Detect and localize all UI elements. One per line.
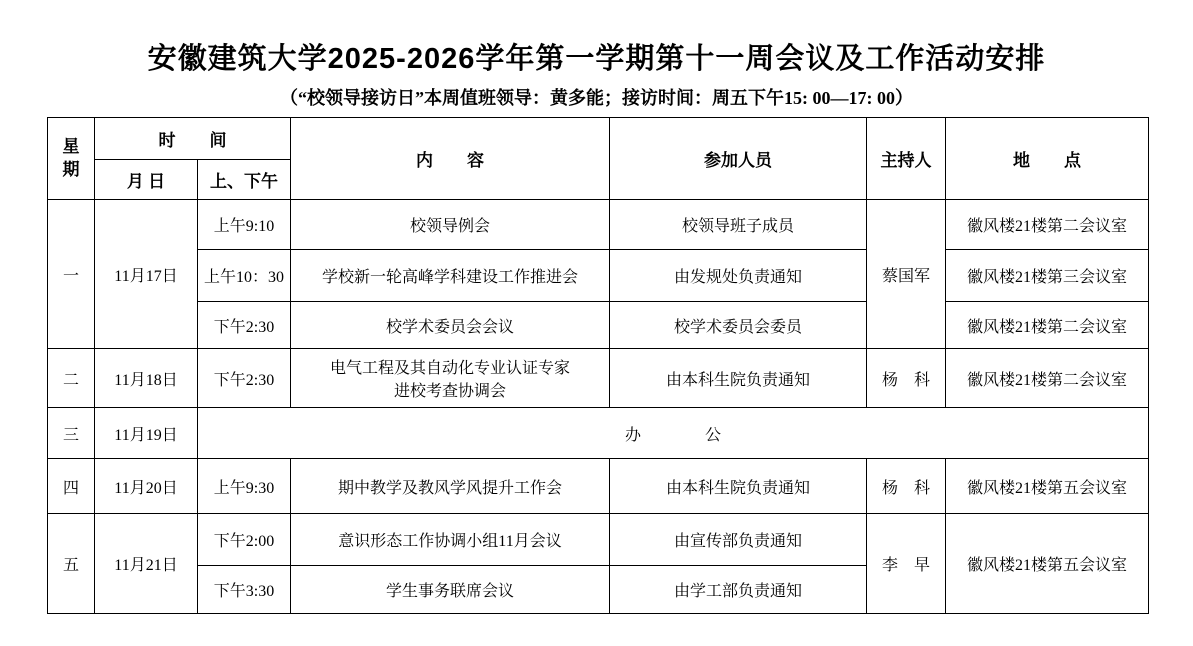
table-row: 一 11月17日 上午9:10 校领导例会 校领导班子成员 蔡国军 徽风楼21楼…	[48, 200, 1149, 250]
fri-item1-content: 意识形态工作协调小组11月会议	[291, 514, 610, 566]
fri-weekday: 五	[48, 514, 95, 614]
fri-item2-time: 下午3:30	[198, 566, 291, 614]
mon-item2-participants: 由发规处负责通知	[610, 250, 867, 302]
schedule-table: 星期 时 间 内 容 参加人员 主持人 地 点 月 日 上、下午 一 11月17…	[47, 117, 1149, 614]
mon-item3-participants: 校学术委员会委员	[610, 302, 867, 349]
mon-item2-time: 上午10：30	[198, 250, 291, 302]
thu-location: 徽风楼21楼第五会议室	[946, 459, 1149, 514]
mon-item1-location: 徽风楼21楼第二会议室	[946, 200, 1149, 250]
tue-location: 徽风楼21楼第二会议室	[946, 349, 1149, 408]
thu-participants: 由本科生院负责通知	[610, 459, 867, 514]
table-row: 三 11月19日 办 公	[48, 408, 1149, 459]
header-host: 主持人	[867, 118, 946, 200]
fri-item1-participants: 由宣传部负责通知	[610, 514, 867, 566]
wed-weekday: 三	[48, 408, 95, 459]
mon-date: 11月17日	[95, 200, 198, 349]
table-row: 二 11月18日 下午2:30 电气工程及其自动化专业认证专家 进校考查协调会 …	[48, 349, 1149, 408]
header-participants: 参加人员	[610, 118, 867, 200]
thu-weekday: 四	[48, 459, 95, 514]
header-am-pm: 上、下午	[198, 160, 291, 200]
mon-item3-location: 徽风楼21楼第二会议室	[946, 302, 1149, 349]
thu-host: 杨 科	[867, 459, 946, 514]
header-content: 内 容	[291, 118, 610, 200]
tue-weekday: 二	[48, 349, 95, 408]
fri-item2-participants: 由学工部负责通知	[610, 566, 867, 614]
header-month-day: 月 日	[95, 160, 198, 200]
mon-item2-location: 徽风楼21楼第三会议室	[946, 250, 1149, 302]
mon-item2-content: 学校新一轮高峰学科建设工作推进会	[291, 250, 610, 302]
thu-date: 11月20日	[95, 459, 198, 514]
page-title: 安徽建筑大学2025-2026学年第一学期第十一周会议及工作活动安排	[0, 36, 1193, 77]
mon-item3-time: 下午2:30	[198, 302, 291, 349]
table-row: 五 11月21日 下午2:00 意识形态工作协调小组11月会议 由宣传部负责通知…	[48, 514, 1149, 566]
wed-date: 11月19日	[95, 408, 198, 459]
table-row: 上午10：30 学校新一轮高峰学科建设工作推进会 由发规处负责通知 徽风楼21楼…	[48, 250, 1149, 302]
mon-item1-time: 上午9:10	[198, 200, 291, 250]
mon-item1-participants: 校领导班子成员	[610, 200, 867, 250]
page-subtitle: （“校领导接访日”本周值班领导：黄多能；接访时间：周五下午15: 00—17: …	[0, 84, 1193, 110]
mon-item1-content: 校领导例会	[291, 200, 610, 250]
tue-participants: 由本科生院负责通知	[610, 349, 867, 408]
fri-item1-time: 下午2:00	[198, 514, 291, 566]
header-time: 时 间	[95, 118, 291, 160]
wed-merged-content: 办 公	[198, 408, 1149, 459]
header-location: 地 点	[946, 118, 1149, 200]
mon-host: 蔡国军	[867, 200, 946, 349]
thu-time: 上午9:30	[198, 459, 291, 514]
fri-host: 李 早	[867, 514, 946, 614]
thu-content: 期中教学及教风学风提升工作会	[291, 459, 610, 514]
header-weekday-label: 星期	[62, 136, 80, 182]
fri-location: 徽风楼21楼第五会议室	[946, 514, 1149, 614]
fri-date: 11月21日	[95, 514, 198, 614]
tue-time: 下午2:30	[198, 349, 291, 408]
tue-date: 11月18日	[95, 349, 198, 408]
table-row: 四 11月20日 上午9:30 期中教学及教风学风提升工作会 由本科生院负责通知…	[48, 459, 1149, 514]
table-row: 下午2:30 校学术委员会会议 校学术委员会委员 徽风楼21楼第二会议室	[48, 302, 1149, 349]
fri-item2-content: 学生事务联席会议	[291, 566, 610, 614]
mon-item3-content: 校学术委员会会议	[291, 302, 610, 349]
tue-host: 杨 科	[867, 349, 946, 408]
header-weekday: 星期	[48, 118, 95, 200]
tue-content: 电气工程及其自动化专业认证专家 进校考查协调会	[291, 349, 610, 408]
mon-weekday: 一	[48, 200, 95, 349]
